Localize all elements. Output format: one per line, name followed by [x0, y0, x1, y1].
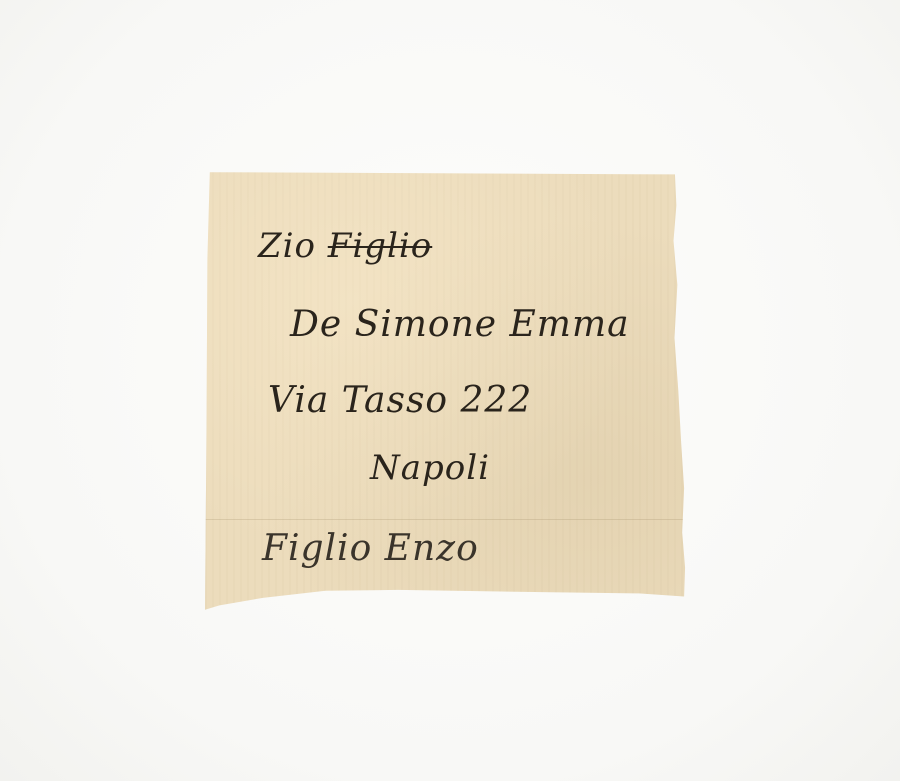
line-1-word: Zio: [258, 226, 316, 266]
handwritten-line-5: Figlio Enzo: [262, 528, 479, 569]
line-1-struck-word: Figlio: [328, 226, 432, 266]
handwritten-line-3-street: Via Tasso 222: [268, 380, 532, 421]
handwritten-line-2-name: De Simone Emma: [290, 304, 630, 345]
handwritten-line-1: Zio Figlio: [258, 226, 432, 266]
handwritten-line-4-city: Napoli: [370, 448, 490, 488]
